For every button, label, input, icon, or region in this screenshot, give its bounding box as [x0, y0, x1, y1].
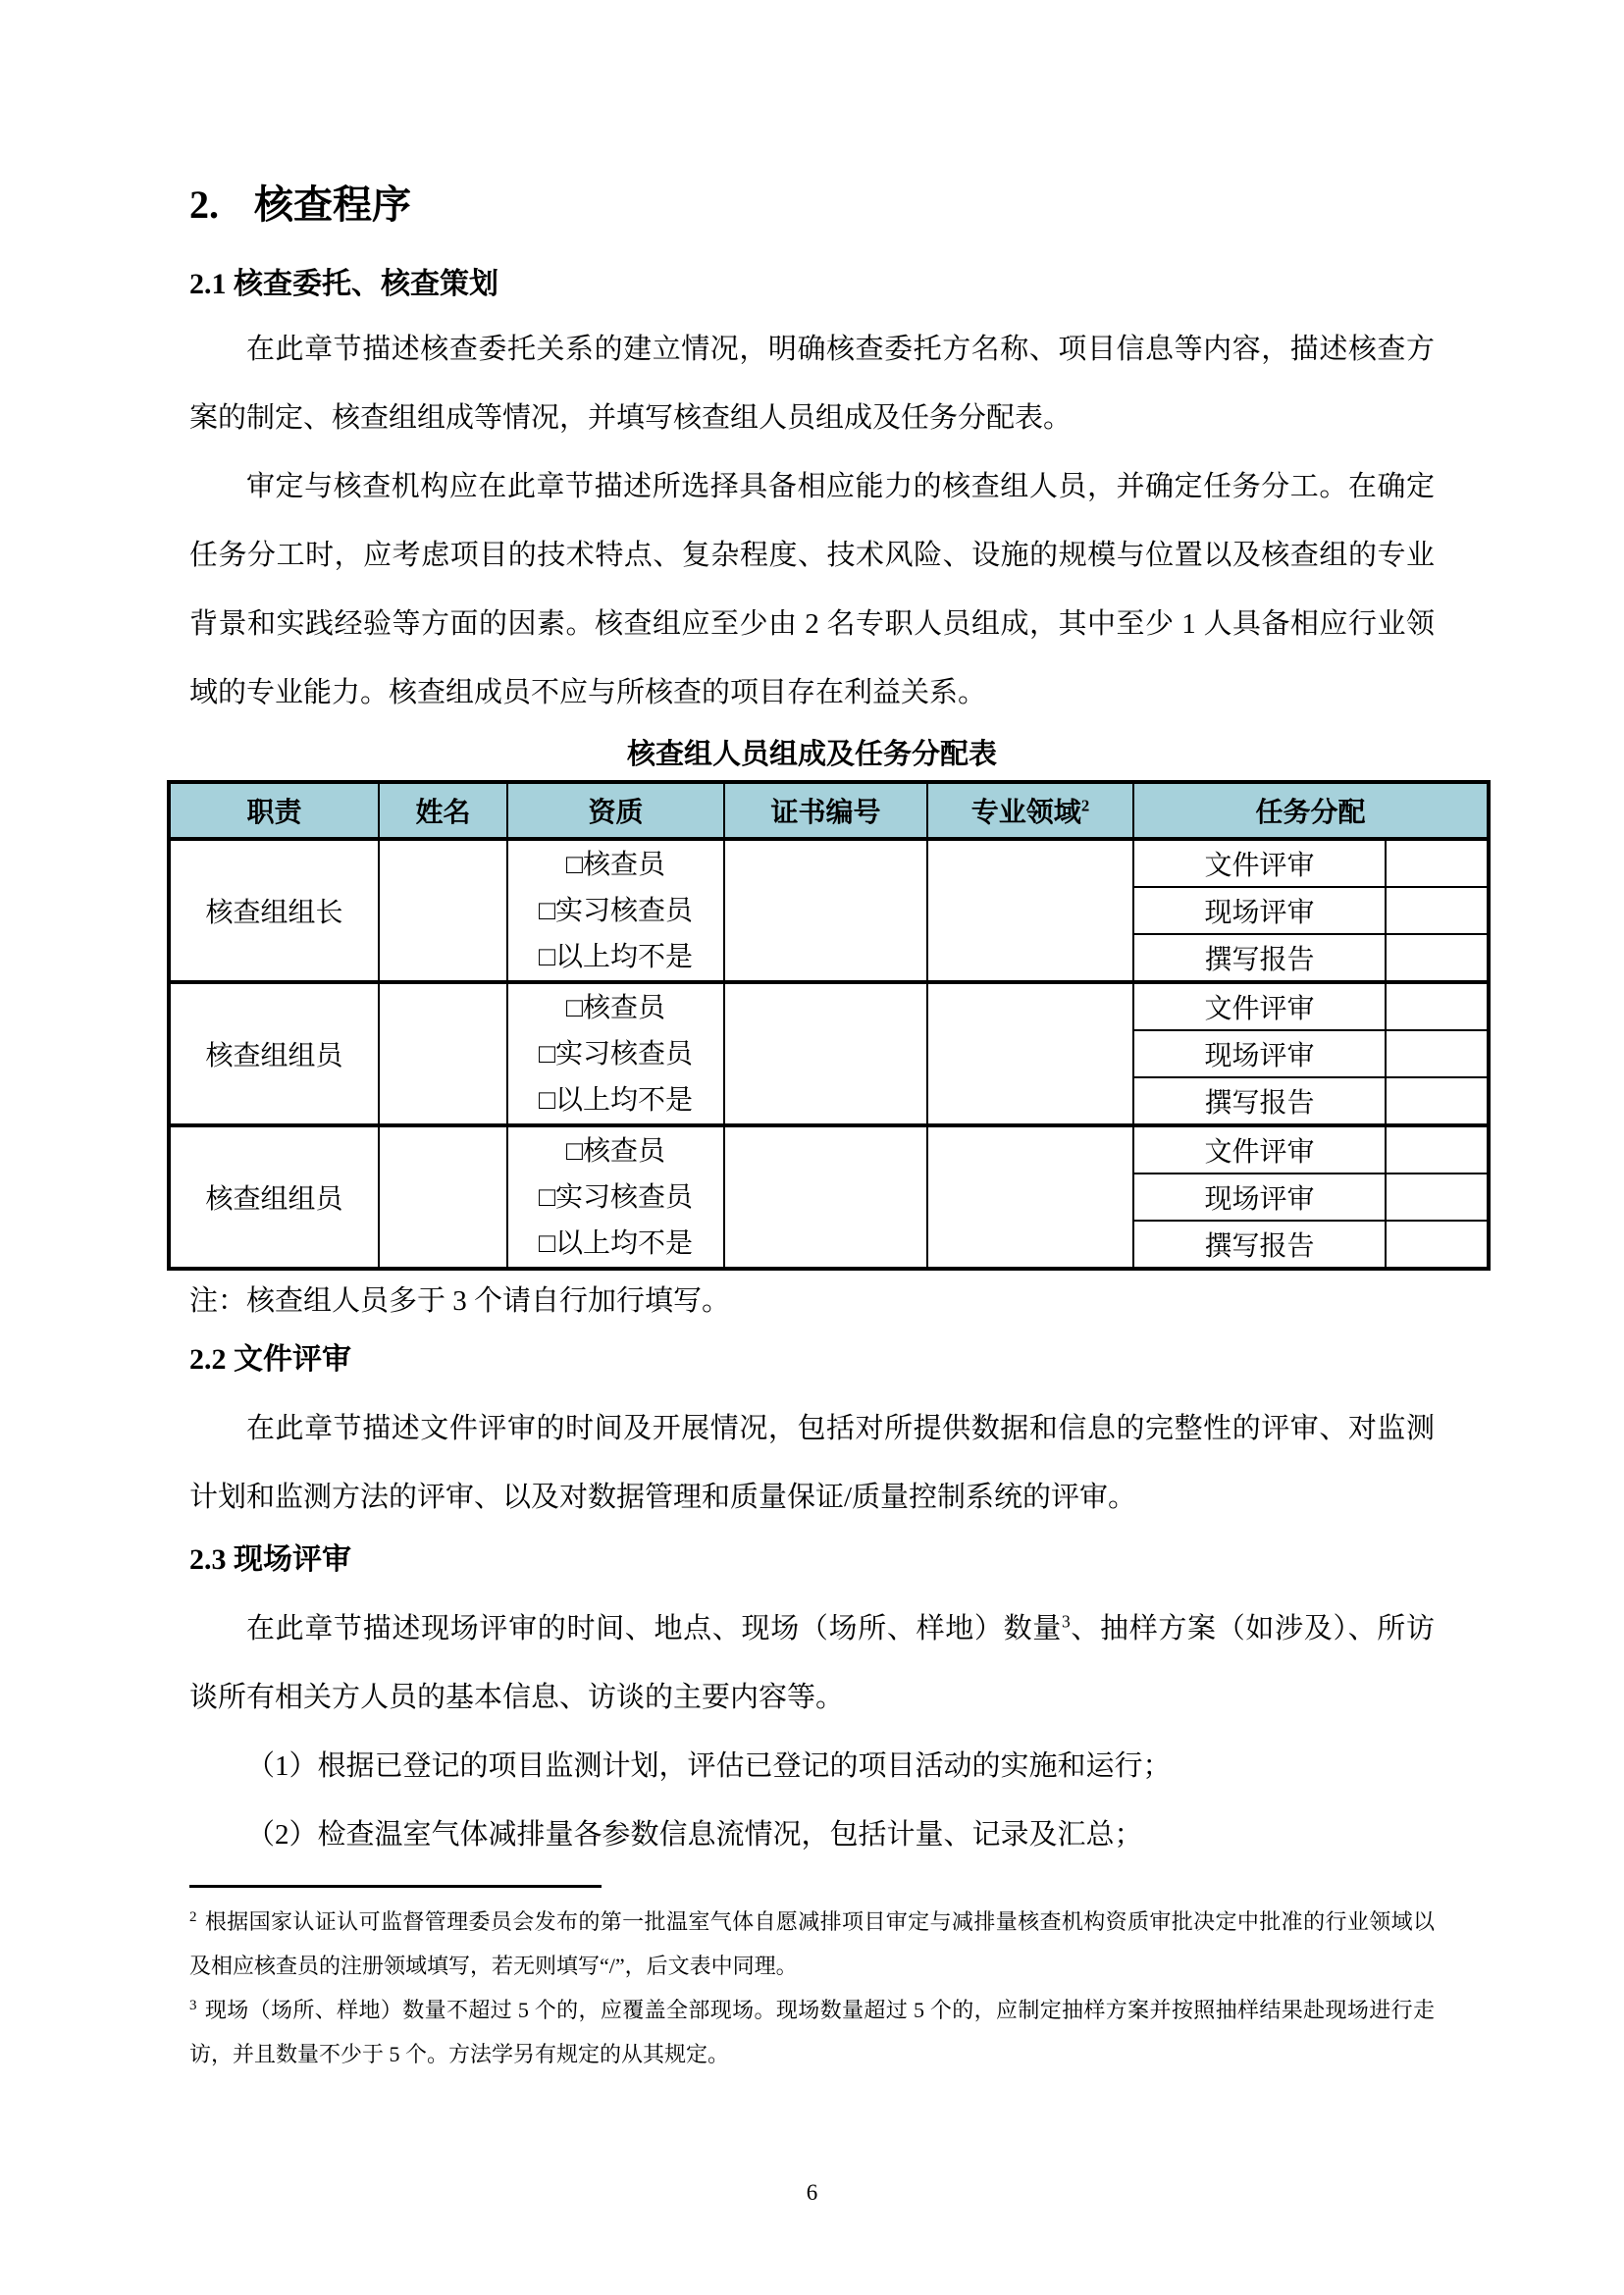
task-mark-cell [1386, 1221, 1489, 1269]
qual-option-label: 核查员 [583, 1136, 665, 1167]
qual-option-label: 以上均不是 [555, 942, 693, 972]
paragraph-2-2: 在此章节描述文件评审的时间及开展情况，包括对所提供数据和信息的完整性的评审、对监… [189, 1394, 1435, 1532]
checkbox-icon: □ [566, 1136, 583, 1167]
qual-option-label: 以上均不是 [555, 1228, 693, 1259]
task-cell: 文件评审 [1133, 1125, 1386, 1174]
qual-option: □核查员 [508, 842, 723, 888]
checkbox-icon: □ [539, 1182, 555, 1213]
heading-2-3: 2.3 现场评审 [189, 1539, 1435, 1581]
footnote-2-marker: 2 [189, 1909, 197, 1925]
qual-option-label: 核查员 [583, 850, 665, 880]
qual-option: □核查员 [508, 985, 723, 1031]
qual-option: □实习核查员 [508, 1031, 723, 1077]
task-cell: 文件评审 [1133, 982, 1386, 1030]
domain-cell [927, 1125, 1133, 1269]
qual-option: □核查员 [508, 1128, 723, 1174]
qualification-cell: □核查员 □实习核查员 □以上均不是 [507, 982, 724, 1125]
name-cell [379, 1125, 507, 1269]
footnote-separator [189, 1885, 602, 1888]
task-cell: 撰写报告 [1133, 1221, 1386, 1269]
qual-option-label: 实习核查员 [555, 896, 693, 926]
task-cell: 现场评审 [1133, 1174, 1386, 1221]
checkbox-icon: □ [539, 1039, 555, 1069]
task-cell: 撰写报告 [1133, 1077, 1386, 1125]
task-mark-cell [1386, 839, 1489, 887]
qualification-cell: □核查员 □实习核查员 □以上均不是 [507, 839, 724, 982]
footnote-2-text: 根据国家认证认可监督管理委员会发布的第一批温室气体自愿减排项目审定与减排量核查机… [189, 1909, 1435, 1978]
document-page: 2.核查程序 2.1 核查委托、核查策划 在此章节描述核查委托关系的建立情况，明… [0, 0, 1624, 2295]
qual-option-label: 核查员 [583, 993, 665, 1023]
list-item-1: （1）根据已登记的项目监测计划，评估已登记的项目活动的实施和运行； [189, 1732, 1435, 1800]
role-cell: 核查组组长 [169, 839, 379, 982]
heading-2-1: 2.1 核查委托、核查策划 [189, 264, 1435, 305]
task-cell: 文件评审 [1133, 839, 1386, 887]
checkbox-icon: □ [539, 1228, 555, 1259]
name-cell [379, 839, 507, 982]
qual-option: □以上均不是 [508, 1221, 723, 1267]
footnote-2: 2根据国家认证认可监督管理委员会发布的第一批温室气体自愿减排项目审定与减排量核查… [189, 1900, 1435, 1988]
table-note: 注：核查组人员多于 3 个请自行加行填写。 [189, 1271, 1435, 1331]
header-role: 职责 [169, 782, 379, 839]
qual-option: □实习核查员 [508, 888, 723, 934]
qual-option: □实习核查员 [508, 1174, 723, 1221]
table-header-row: 职责 姓名 资质 证书编号 专业领域2 任务分配 [169, 782, 1489, 839]
list-item-2: （2）检查温室气体减排量各参数信息流情况，包括计量、记录及汇总； [189, 1800, 1435, 1869]
header-domain: 专业领域2 [927, 782, 1133, 839]
footnote-3: 3现场（场所、样地）数量不超过 5 个的，应覆盖全部现场。现场数量超过 5 个的… [189, 1988, 1435, 2076]
checkbox-icon: □ [539, 896, 555, 926]
header-name: 姓名 [379, 782, 507, 839]
role-cell: 核查组组员 [169, 1125, 379, 1269]
task-cell: 撰写报告 [1133, 934, 1386, 982]
table-row: 核查组组长 □核查员 □实习核查员 □以上均不是 文件评审 [169, 839, 1489, 887]
task-mark-cell [1386, 982, 1489, 1030]
task-mark-cell [1386, 934, 1489, 982]
task-cell: 现场评审 [1133, 1030, 1386, 1077]
title-text: 核查程序 [254, 183, 411, 227]
task-mark-cell [1386, 887, 1489, 934]
certificate-cell [724, 1125, 927, 1269]
certificate-cell [724, 839, 927, 982]
table-row: 核查组组员 □核查员 □实习核查员 □以上均不是 文件评审 [169, 982, 1489, 1030]
footnote-ref-3: 3 [1062, 1611, 1071, 1631]
qual-option-label: 实习核查员 [555, 1039, 693, 1069]
page-number: 6 [0, 2180, 1624, 2206]
name-cell [379, 982, 507, 1125]
team-assignment-table: 职责 姓名 资质 证书编号 专业领域2 任务分配 核查组组长 □核查员 □实习核… [167, 780, 1491, 1271]
page-title: 2.核查程序 [189, 180, 1435, 231]
header-task-assignment: 任务分配 [1133, 782, 1489, 839]
qual-option: □以上均不是 [508, 1077, 723, 1123]
qual-option-label: 实习核查员 [555, 1182, 693, 1213]
role-cell: 核查组组员 [169, 982, 379, 1125]
paragraph-2-3: 在此章节描述现场评审的时间、地点、现场（场所、样地）数量3、抽样方案（如涉及）、… [189, 1594, 1435, 1732]
footnote-ref-2: 2 [1081, 797, 1089, 815]
qual-option-label: 以上均不是 [555, 1085, 693, 1116]
task-mark-cell [1386, 1030, 1489, 1077]
paragraph-2-1-a: 在此章节描述核查委托关系的建立情况，明确核查委托方名称、项目信息等内容，描述核查… [189, 315, 1435, 452]
checkbox-icon: □ [539, 1085, 555, 1116]
title-number: 2. [189, 183, 219, 227]
table-caption: 核查组人员组成及任务分配表 [189, 733, 1435, 776]
qualification-cell: □核查员 □实习核查员 □以上均不是 [507, 1125, 724, 1269]
checkbox-icon: □ [539, 942, 555, 972]
footnote-3-text: 现场（场所、样地）数量不超过 5 个的，应覆盖全部现场。现场数量超过 5 个的，… [189, 1998, 1435, 2066]
task-mark-cell [1386, 1077, 1489, 1125]
checkbox-icon: □ [566, 850, 583, 880]
task-mark-cell [1386, 1125, 1489, 1174]
certificate-cell [724, 982, 927, 1125]
domain-cell [927, 982, 1133, 1125]
task-cell: 现场评审 [1133, 887, 1386, 934]
paragraph-2-1-b: 审定与核查机构应在此章节描述所选择具备相应能力的核查组人员，并确定任务分工。在确… [189, 452, 1435, 727]
checkbox-icon: □ [566, 993, 583, 1023]
header-qualification: 资质 [507, 782, 724, 839]
task-mark-cell [1386, 1174, 1489, 1221]
heading-2-2: 2.2 文件评审 [189, 1339, 1435, 1381]
footnote-3-marker: 3 [189, 1998, 197, 2013]
table-row: 核查组组员 □核查员 □实习核查员 □以上均不是 文件评审 [169, 1125, 1489, 1174]
domain-cell [927, 839, 1133, 982]
header-certificate-no: 证书编号 [724, 782, 927, 839]
qual-option: □以上均不是 [508, 934, 723, 980]
